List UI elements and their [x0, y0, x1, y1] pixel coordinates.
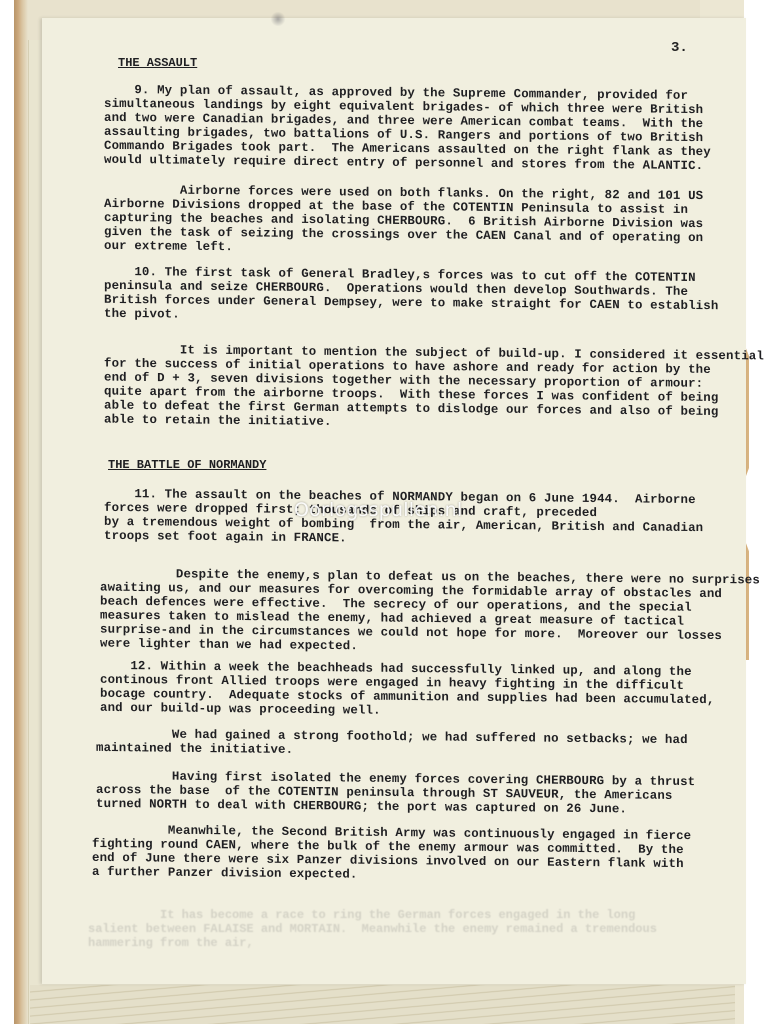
paragraph-despite: Despite the enemy,s plan to defeat us on… [100, 567, 760, 658]
paragraph-cherbourg: Having first isolated the enemy forces c… [96, 769, 695, 817]
paragraph-10: 10. The first task of General Bradley,s … [104, 265, 718, 327]
section-heading-normandy: THE BATTLE OF NORMANDY [108, 458, 266, 472]
paragraph-meanwhile: Meanwhile, the Second British Army was c… [92, 823, 691, 885]
page-number: 3. [671, 40, 688, 56]
watermark: Oorlogsspullen.nl [294, 499, 462, 521]
paragraph-9: 9. My plan of assault, as approved by th… [104, 83, 711, 173]
paragraph-12: 12. Within a week the beachheads had suc… [100, 659, 714, 721]
stacked-sheet-edges [30, 985, 735, 1024]
paragraph-airborne: Airborne forces were used on both flanks… [104, 183, 703, 259]
ink-smudge [270, 12, 286, 26]
bleed-through-text: It has become a race to ring the German … [88, 908, 657, 950]
section-heading-assault: THE ASSAULT [118, 56, 197, 70]
paragraph-build-up: It is important to mention the subject o… [104, 343, 764, 434]
